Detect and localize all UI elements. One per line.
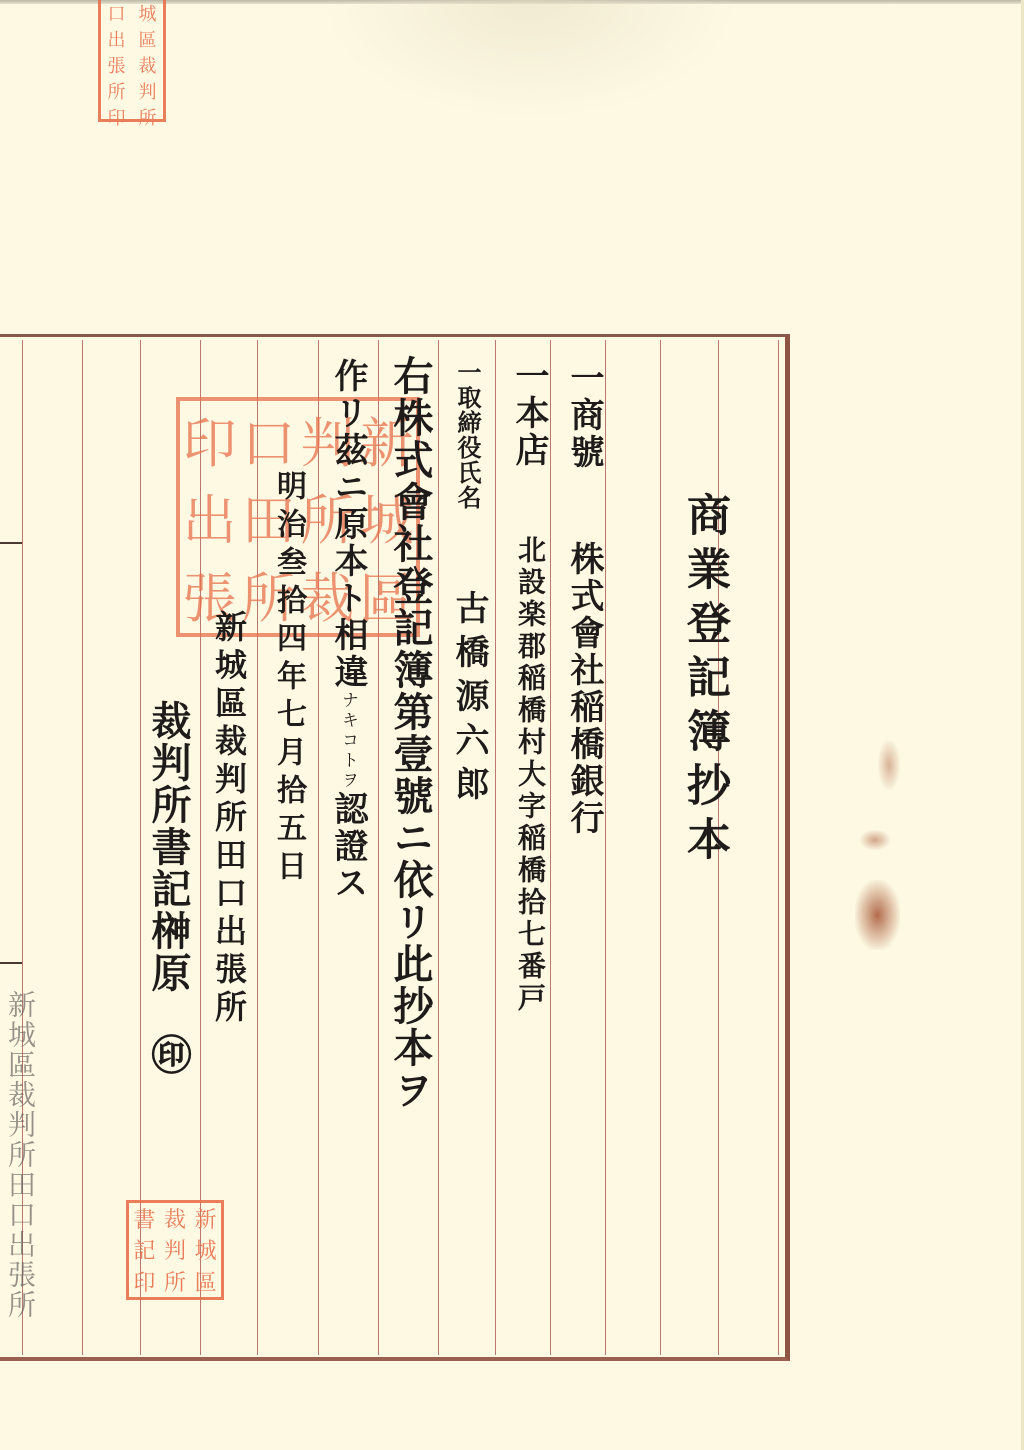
stub-line — [0, 962, 22, 964]
seal-char: 口 — [239, 401, 298, 478]
stub-line — [0, 542, 22, 544]
paper-stain — [855, 880, 900, 950]
entry-trade-name: 一商號株式會社稲橋銀行 — [560, 360, 609, 1260]
seal-char: 出 — [180, 478, 239, 555]
seal-char: 所 — [132, 104, 163, 130]
seal-top-corner: 口城 出區 張裁 所判 印所 — [98, 0, 166, 122]
column-rule — [778, 340, 779, 1355]
seal-char: 出 — [101, 26, 132, 52]
paper-stain — [878, 740, 900, 790]
column-rule — [495, 340, 496, 1355]
seal-char: 城 — [132, 0, 163, 26]
entry-label: 一商號 — [564, 360, 604, 471]
entry-director-label: 一取締役氏名 — [450, 360, 485, 510]
entry-head-office-value: 北設楽郡稲橋村大字稲橋拾七番戸 — [510, 535, 550, 1015]
cert-end: 認證ス — [328, 791, 368, 902]
seal-char: 書 — [129, 1203, 160, 1234]
issuing-office: 新城區裁判所田口出張所 — [206, 610, 252, 1028]
seal-char: 判 — [160, 1234, 191, 1265]
column-rule — [550, 340, 551, 1355]
seal-clerk: 書裁新 記判城 印所區 — [126, 1200, 224, 1300]
column-rule — [82, 340, 83, 1355]
seal-char: 記 — [129, 1234, 160, 1265]
seal-char: 印 — [180, 401, 239, 478]
seal-char: 所 — [160, 1266, 191, 1297]
seal-char: 判 — [132, 78, 163, 104]
clerk-name: 裁判所書記榊原 — [145, 700, 192, 994]
court-clerk: 裁判所書記榊原㊞ — [140, 700, 197, 1076]
seal-char: 張 — [101, 52, 132, 78]
paper-stain — [860, 830, 890, 850]
clerk-seal-mark: ㊞ — [145, 1034, 192, 1076]
certification-line-1: 右株式會社登記簿第壹號ニ依リ此抄本ヲ — [382, 355, 439, 1111]
seal-char: 裁 — [160, 1203, 191, 1234]
document-title: 商業登記簿抄本 — [672, 492, 736, 870]
seal-char: 所 — [101, 78, 132, 104]
seal-char: 印 — [129, 1266, 160, 1297]
seal-char: 裁 — [132, 52, 163, 78]
entry-label: 一本店 — [509, 358, 549, 469]
issue-date: 明治叁拾四年七月拾五日 — [266, 470, 310, 888]
cert-text: 作リ茲ニ原本ト相違 — [328, 358, 368, 691]
seal-char: 新 — [190, 1203, 221, 1234]
seal-char: 城 — [190, 1234, 221, 1265]
seal-char: 區 — [190, 1266, 221, 1297]
entry-director-value: 古橋源六郎 — [445, 590, 494, 810]
seal-char: 口 — [101, 0, 132, 26]
seal-char: 區 — [132, 26, 163, 52]
entry-head-office: 一本店 — [505, 358, 554, 469]
certification-line-2: 作リ茲ニ原本ト相違ナキコトヲ認證ス — [324, 358, 373, 902]
column-rule — [660, 340, 661, 1355]
seal-char: 印 — [101, 104, 132, 130]
paper-shadow — [320, 0, 740, 120]
cert-kana: ナキコトヲ — [338, 691, 358, 791]
entry-value: 株式會社稲橋銀行 — [564, 541, 604, 837]
margin-office-stamp-text: 新城區裁判所田口出張所 — [0, 990, 40, 1320]
